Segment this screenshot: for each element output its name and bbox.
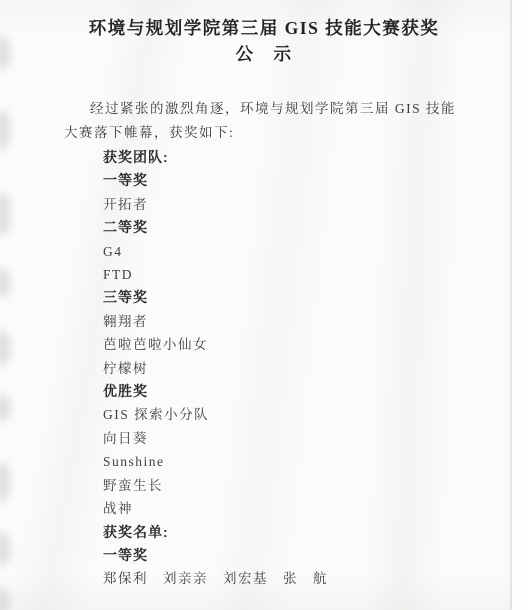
team-name: 郑保利 刘亲亲 刘宏基 张 航 <box>103 567 528 590</box>
team-name: FTD <box>103 263 528 286</box>
team-name: 战神 <box>103 497 528 520</box>
section-heading: 获奖名单: <box>103 521 528 544</box>
award-tier-heading: 一等奖 <box>103 544 528 567</box>
intro-line-1: 经过紧张的激烈角逐，环境与规划学院第三届 GIS 技能 <box>64 97 490 121</box>
document-subtitle: 公 示 <box>0 41 528 67</box>
award-tier-heading: 三等奖 <box>103 286 528 309</box>
award-tier-heading: 优胜奖 <box>103 380 528 403</box>
intro-paragraph: 经过紧张的激烈角逐，环境与规划学院第三届 GIS 技能 大赛落下帷幕，获奖如下: <box>0 97 528 144</box>
scanned-document-page: 环境与规划学院第三届 GIS 技能大赛获奖 公 示 经过紧张的激烈角逐，环境与规… <box>0 0 528 610</box>
team-name: Sunshine <box>103 450 528 473</box>
award-tier-heading: 二等奖 <box>103 216 528 239</box>
team-name: 开拓者 <box>103 193 528 216</box>
team-name: 翱翔者 <box>103 310 528 333</box>
team-name: 野蛮生长 <box>103 474 528 497</box>
award-tier-heading: 一等奖 <box>103 169 528 192</box>
team-name: G4 <box>103 240 528 263</box>
section-heading: 获奖团队: <box>103 146 528 169</box>
team-name: 柠檬树 <box>103 357 528 380</box>
award-list: 获奖团队:一等奖开拓者二等奖G4FTD三等奖翱翔者芭啦芭啦小仙女柠檬树优胜奖GI… <box>0 146 528 591</box>
intro-line-2: 大赛落下帷幕，获奖如下: <box>64 121 490 145</box>
team-name: GIS 探索小分队 <box>103 403 528 426</box>
team-name: 芭啦芭啦小仙女 <box>103 333 528 356</box>
document-content: 环境与规划学院第三届 GIS 技能大赛获奖 公 示 经过紧张的激烈角逐，环境与规… <box>0 0 528 610</box>
document-title: 环境与规划学院第三届 GIS 技能大赛获奖 <box>0 15 528 41</box>
team-name: 向日葵 <box>103 427 528 450</box>
